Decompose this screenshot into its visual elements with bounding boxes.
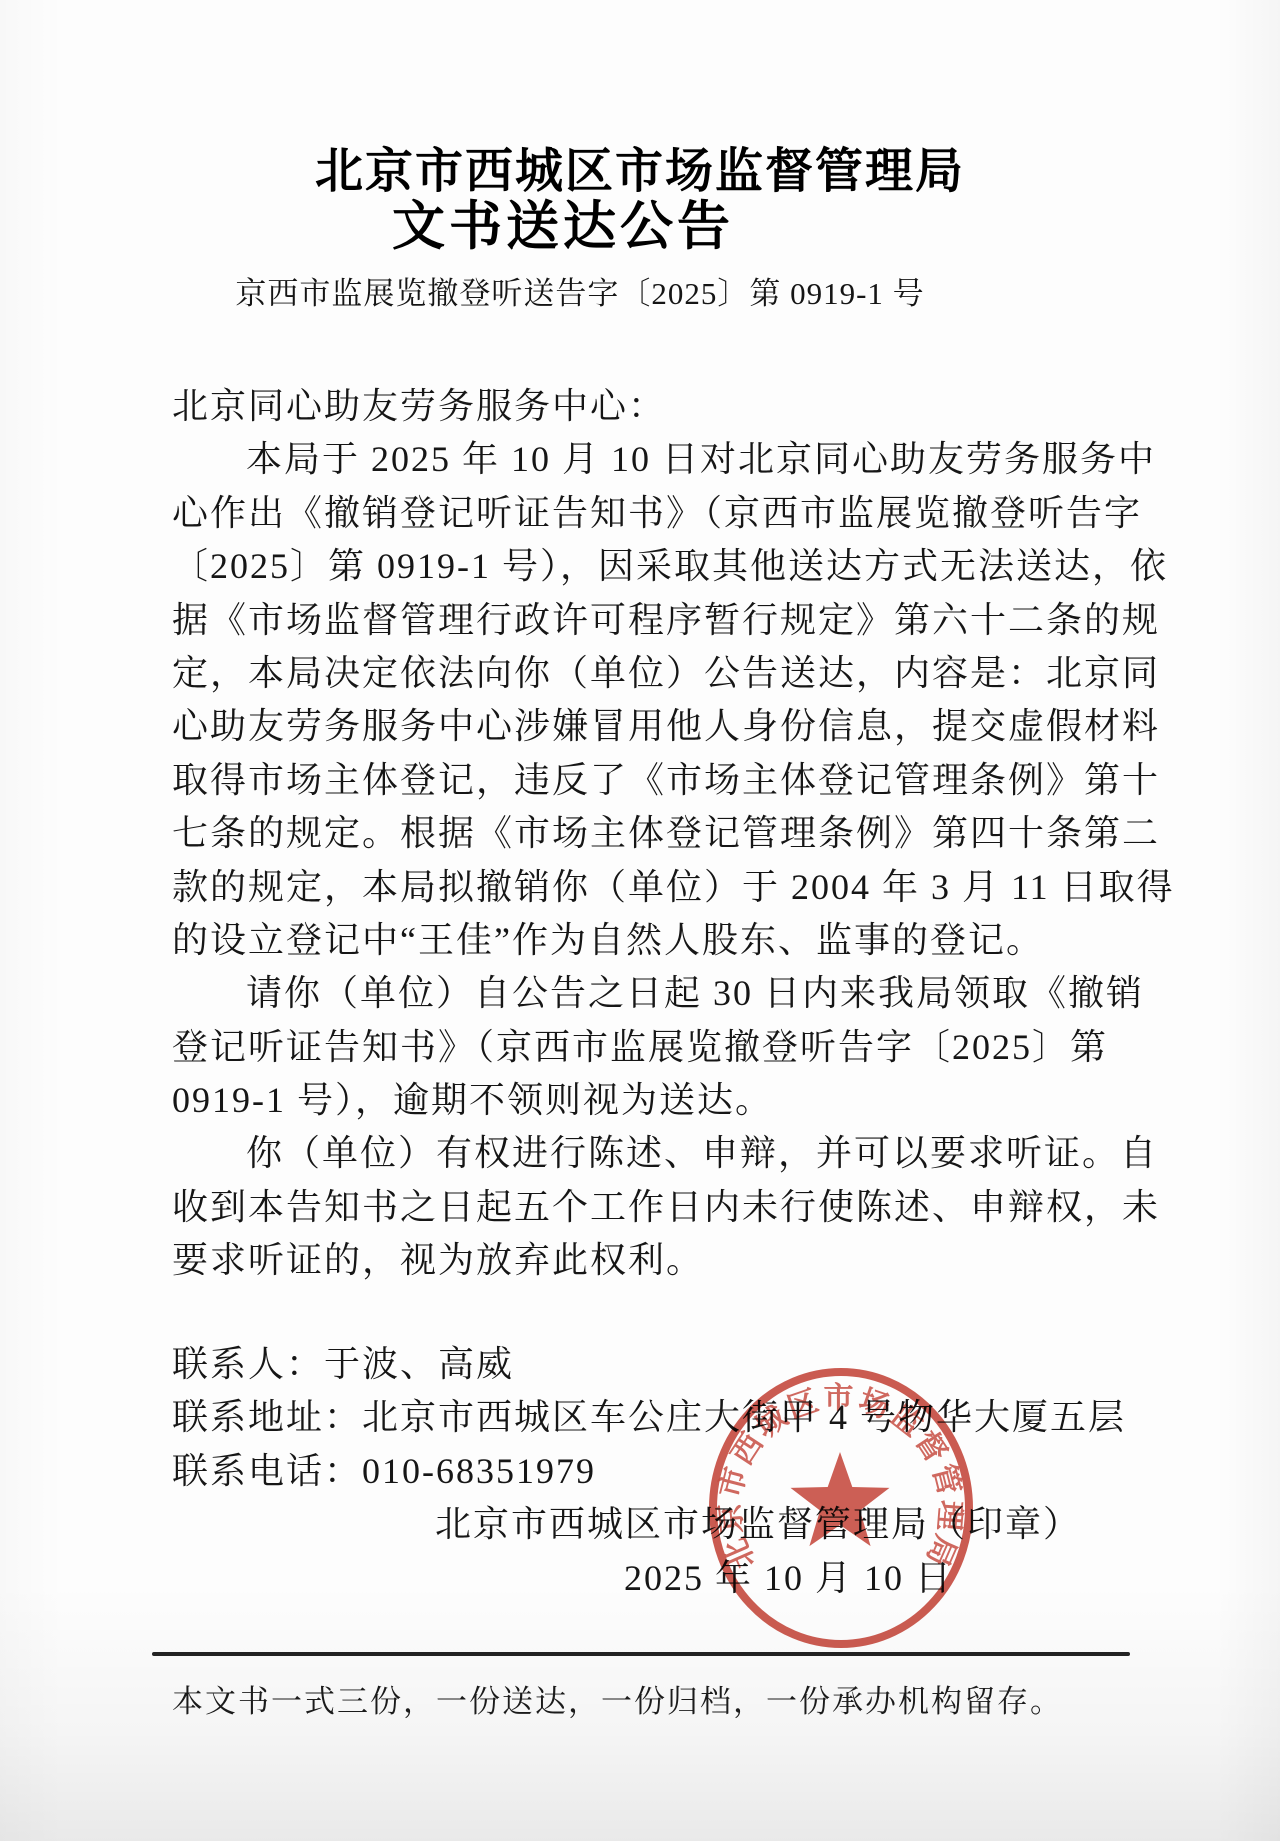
contact-phone-line: 联系电话：010-68351979 (172, 1445, 1162, 1498)
contact-person-line: 联系人：于波、高威 (172, 1338, 1162, 1391)
body-line: 收到本告知书之日起五个工作日内未行使陈述、申辩权，未 (172, 1181, 1132, 1234)
body-line: 取得市场主体登记，违反了《市场主体登记管理条例》第十 (172, 754, 1132, 807)
title-line-1: 北京市西城区市场监督管理局 (0, 146, 1280, 199)
document-page: 北京市西城区市场监督管理局 文书送达公告 京西市监展览撤登听送告字〔2025〕第… (0, 0, 1280, 1841)
body-line: 请你（单位）自公告之日起 30 日内来我局领取《撤销 (172, 967, 1132, 1020)
recipient-line: 北京同心助友劳务服务中心： (172, 380, 1132, 433)
body-line: 要求听证的，视为放弃此权利。 (172, 1234, 1132, 1287)
body-line: 你（单位）有权进行陈述、申辩，并可以要求听证。自 (172, 1127, 1132, 1180)
body-line: 定，本局决定依法向你（单位）公告送达，内容是：北京同 (172, 647, 1132, 700)
body-line: 登记听证告知书》（京西市监展览撤登听告字〔2025〕第 (172, 1021, 1132, 1074)
body-line: 款的规定，本局拟撤销你（单位）于 2004 年 3 月 11 日取得 (172, 861, 1132, 914)
body-text: 北京同心助友劳务服务中心： 本局于 2025 年 10 月 10 日对北京同心助… (172, 380, 1132, 1288)
date-line: 2025 年 10 月 10 日 (172, 1552, 1162, 1605)
doc-number: 京西市监展览撤登听送告字〔2025〕第 0919-1 号 (0, 276, 1220, 312)
body-line: 七条的规定。根据《市场主体登记管理条例》第四十条第二 (172, 807, 1132, 860)
footer-note: 本文书一式三份，一份送达，一份归档，一份承办机构留存。 (172, 1676, 1063, 1721)
body-line: 的设立登记中“王佳”作为自然人股东、监事的登记。 (172, 914, 1132, 967)
body-line: 〔2025〕第 0919-1 号），因采取其他送达方式无法送达，依 (172, 540, 1132, 593)
issuer-line: 北京市西城区市场监督管理局（印章） (172, 1498, 1162, 1551)
body-line: 心助友劳务服务中心涉嫌冒用他人身份信息，提交虚假材料 (172, 700, 1132, 753)
footer-divider (152, 1652, 1130, 1656)
title-line-2: 文书送达公告 (0, 198, 1203, 256)
body-line: 本局于 2025 年 10 月 10 日对北京同心助友劳务服务中 (172, 433, 1132, 486)
contact-and-signature: 联系人：于波、高威 联系地址：北京市西城区车公庄大街甲 4 号物华大厦五层 联系… (172, 1338, 1162, 1605)
body-line: 据《市场监督管理行政许可程序暂行规定》第六十二条的规 (172, 594, 1132, 647)
body-line: 心作出《撤销登记听证告知书》（京西市监展览撤登听告字 (172, 487, 1132, 540)
contact-address-line: 联系地址：北京市西城区车公庄大街甲 4 号物华大厦五层 (172, 1391, 1162, 1444)
body-line: 0919-1 号），逾期不领则视为送达。 (172, 1074, 1132, 1127)
